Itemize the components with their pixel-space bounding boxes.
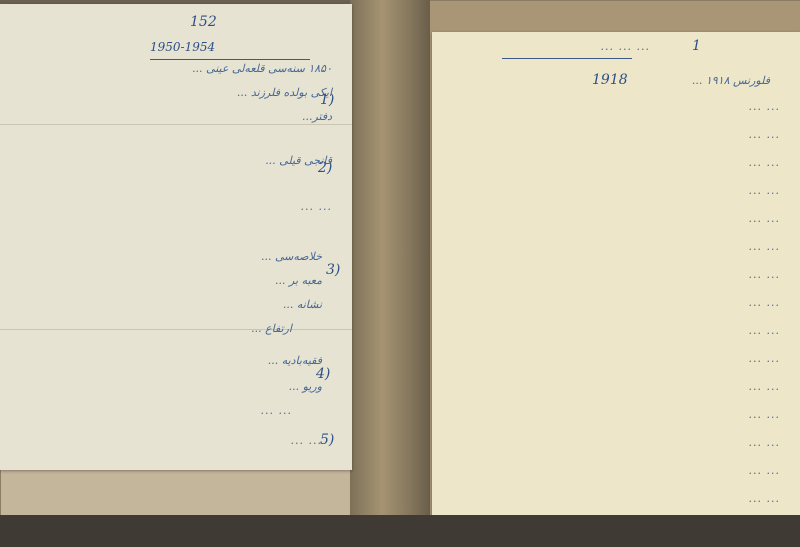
text-line: ... ... <box>749 436 780 449</box>
header-date-range: 1950-1954 <box>150 40 215 54</box>
title-underline <box>502 58 632 59</box>
text-line: ... ... <box>749 240 780 253</box>
text-line: ... ... <box>261 404 292 417</box>
page-fold <box>0 329 352 330</box>
header-underline <box>150 59 310 60</box>
text-line: فقیه‌بادیه ... <box>268 354 322 367</box>
text-line: ... ... <box>749 296 780 309</box>
text-line: ... ... <box>749 324 780 337</box>
text-line: ... ... <box>301 200 332 213</box>
item-number: 4) <box>316 366 330 382</box>
text-line: ... ... <box>749 268 780 281</box>
text-line: نشانه ... <box>283 298 322 311</box>
page-number: 152 <box>190 14 217 30</box>
table-surface <box>0 515 800 547</box>
text-line: ... ... <box>749 408 780 421</box>
text-line: دفتر... <box>302 110 332 123</box>
text-line: ... ... <box>749 464 780 477</box>
text-line: ایکی بولده فلرزند ... <box>237 86 332 99</box>
text-line: فلورنس ۱۹۱۸ ... <box>692 74 770 87</box>
right-page: 1 ... ... ... 1918 فلورنس ۱۹۱۸ ... ... .… <box>432 32 800 524</box>
left-page: 152 1950-1954 ۱۸۵۰ سنه‌سی قلعه‌لی عینی .… <box>0 4 352 470</box>
text-line: خلاصه‌سی ... <box>261 250 322 263</box>
year: 1918 <box>592 72 628 88</box>
text-line: ... ... <box>749 128 780 141</box>
text-line: ... ... <box>749 352 780 365</box>
text-line: ... ... <box>749 380 780 393</box>
text-line: ... ... <box>291 434 322 447</box>
item-number: 5) <box>320 432 334 448</box>
text-line: ... ... <box>749 100 780 113</box>
text-line: ... ... <box>749 212 780 225</box>
item-number: 1) <box>320 92 334 108</box>
notebook-spine <box>350 0 430 530</box>
item-number: 2) <box>318 160 332 176</box>
page-fold <box>0 124 352 125</box>
page-title: ... ... ... <box>601 40 650 53</box>
text-line: ۱۸۵۰ سنه‌سی قلعه‌لی عینی ... <box>192 62 332 75</box>
text-line: ... ... <box>749 492 780 505</box>
page-number: 1 <box>692 38 701 54</box>
text-line: ... ... <box>749 184 780 197</box>
item-number: 3) <box>326 262 340 278</box>
text-line: معبه بر ... <box>275 274 322 287</box>
text-line: ... ... <box>749 156 780 169</box>
